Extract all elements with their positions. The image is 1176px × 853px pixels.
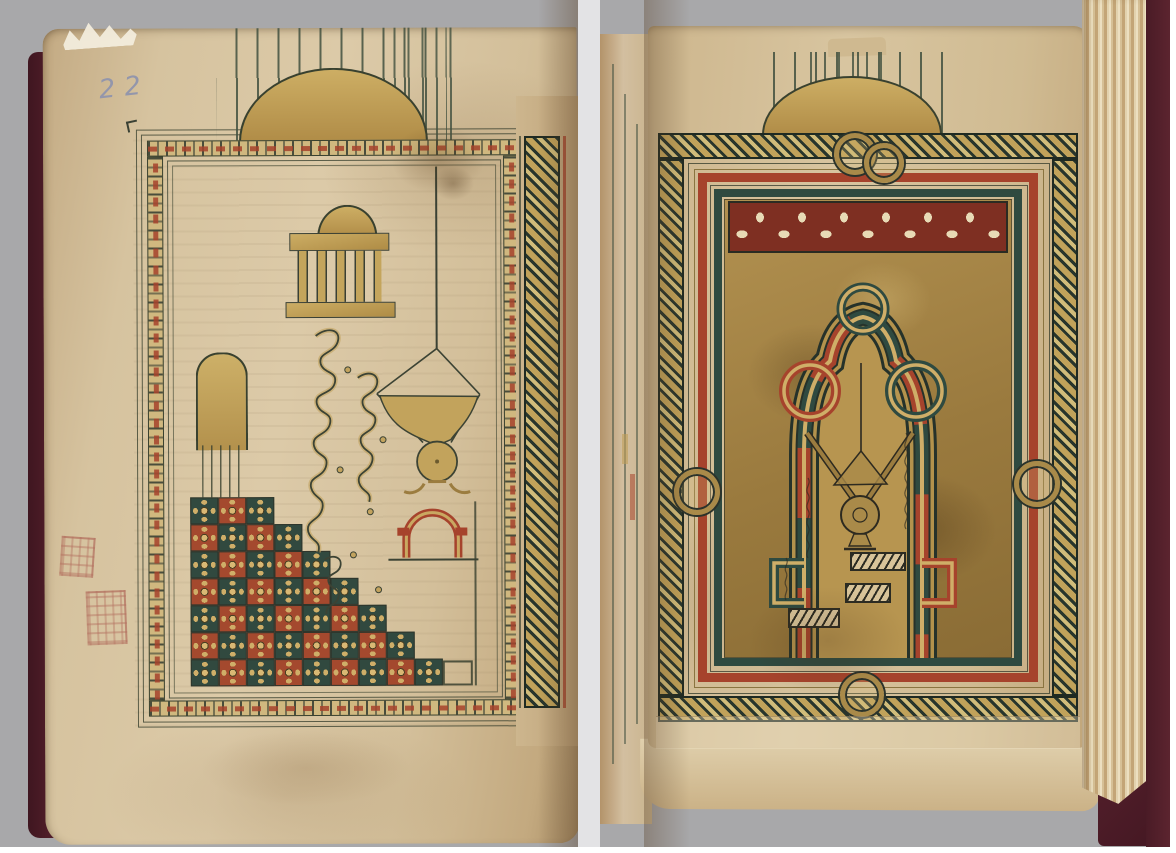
gutter-red-mark (630, 474, 635, 520)
lamp-and-calligraphy-drawing (147, 139, 521, 716)
manuscript-left-page: 22 (43, 27, 578, 845)
book-cover-right-edge (1146, 0, 1172, 847)
right-photo-panel (600, 0, 1176, 853)
gutter-ink-line (612, 64, 614, 764)
folio-number-pencil: 22 (97, 70, 151, 105)
lamp-funnel (380, 395, 478, 445)
repair-patch (656, 716, 1080, 749)
white-edge-right (1170, 0, 1176, 853)
gutter-shadow (538, 0, 578, 853)
gutter-gold-mark (622, 434, 628, 464)
underlying-pages (640, 739, 1100, 811)
chevron-step-2 (845, 583, 891, 603)
mihrab-arch-drawing (658, 133, 1078, 722)
stain (165, 718, 445, 819)
owner-seal-upper (59, 536, 96, 578)
photograph-open-manuscript: 22 (0, 0, 1176, 853)
arch-capital-left (397, 528, 409, 536)
manuscript-right-page (648, 26, 1088, 748)
chevron-step-1 (850, 552, 906, 571)
arch-gold-line (406, 512, 458, 557)
chevron-step-3 (788, 608, 840, 628)
facing-ink-line (519, 136, 521, 708)
lamp-bowl-dot (435, 460, 439, 464)
illustration-frame-left (147, 139, 521, 716)
corner-finial-icon (126, 120, 139, 133)
fore-edge-page-stack (1082, 0, 1148, 812)
lamp-feet (404, 481, 470, 492)
gutter-ink-line (636, 124, 638, 724)
gutter-shadow (644, 0, 690, 853)
arch-capital-right (455, 527, 467, 535)
gutter-ink-line (624, 94, 626, 744)
calligraphy-gold-fill (307, 330, 378, 552)
torn-corner-tuft (62, 17, 138, 50)
owner-seal-lower (86, 590, 128, 645)
photo-divider-strip (578, 0, 600, 853)
mosque-lamp-bowl (841, 496, 879, 534)
interlace-ring-bottom (840, 673, 884, 717)
illumination-panel (658, 133, 1078, 722)
left-photo-panel: 22 (0, 0, 578, 853)
interlace-ring-right (1014, 461, 1060, 507)
white-edge-bottom (0, 847, 1176, 853)
interlace-ring-top-b (864, 143, 904, 183)
